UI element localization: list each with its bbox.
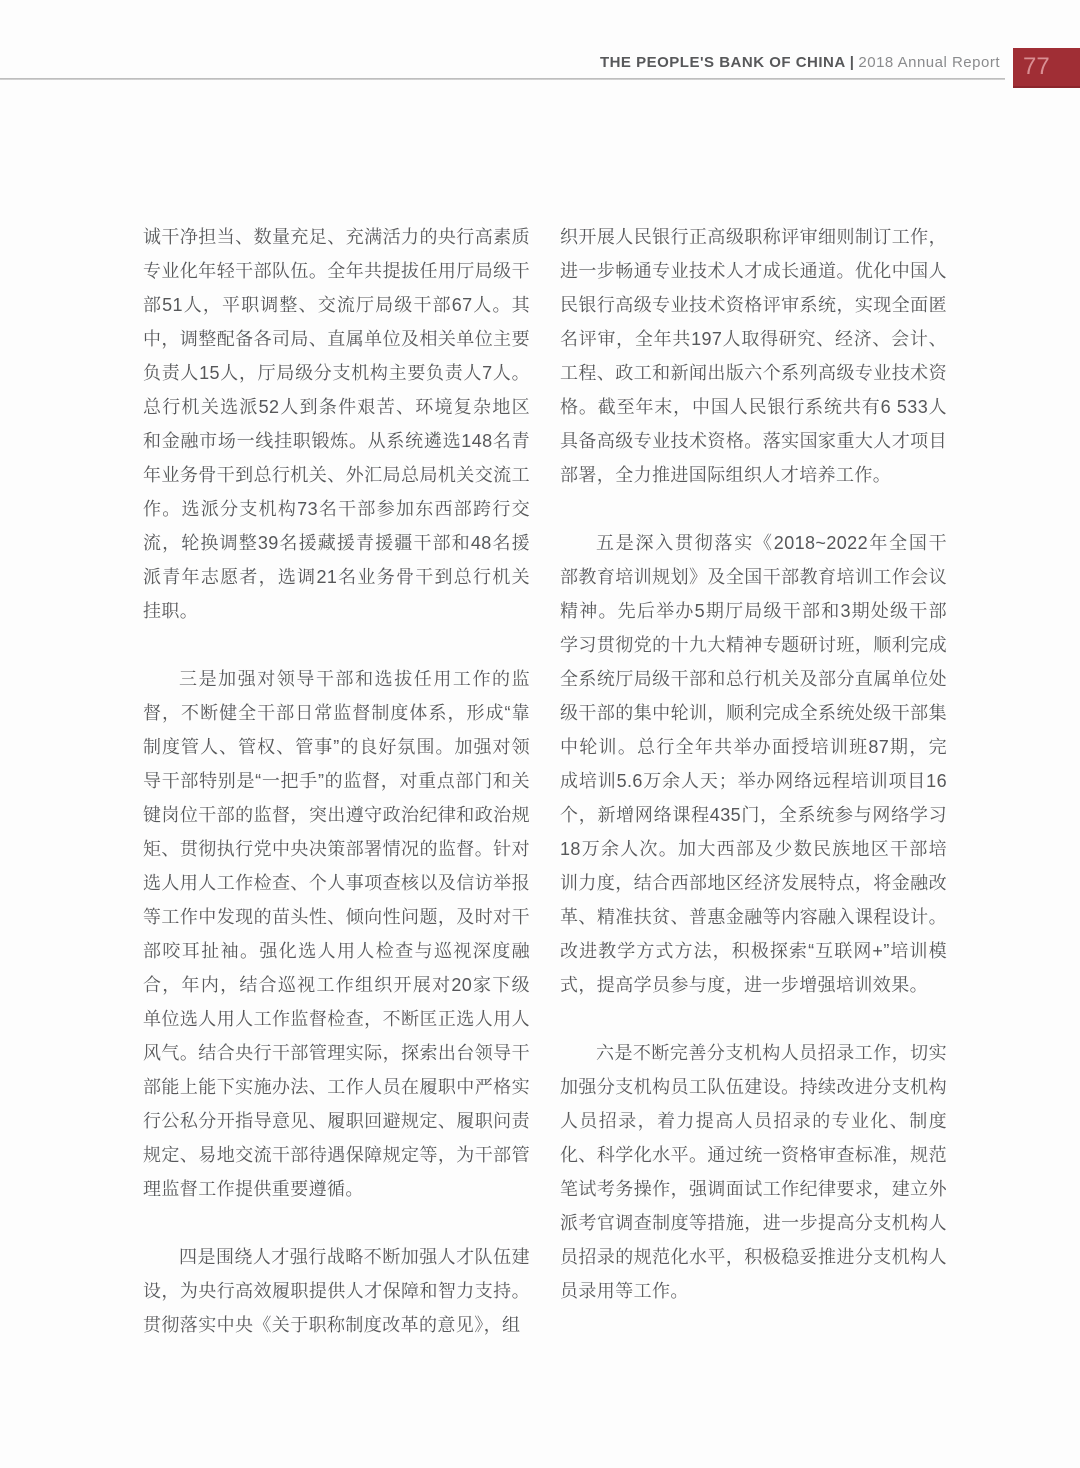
header-report-subtitle: 2018 Annual Report <box>858 54 1000 71</box>
header-divider: | <box>846 54 859 71</box>
document-page: THE PEOPLE'S BANK OF CHINA|2018 Annual R… <box>0 0 1080 1468</box>
paragraph: 五是深入贯彻落实《2018~2022年全国干部教育培训规划》及全国干部教育培训工… <box>560 526 947 1002</box>
paragraph: 诚干净担当、数量充足、充满活力的央行高素质专业化年轻干部队伍。全年共提拔任用厅局… <box>143 220 530 628</box>
page-header: THE PEOPLE'S BANK OF CHINA|2018 Annual R… <box>600 54 1000 71</box>
left-column: 诚干净担当、数量充足、充满活力的央行高素质专业化年轻干部队伍。全年共提拔任用厅局… <box>143 220 530 1342</box>
paragraph: 四是围绕人才强行战略不断加强人才队伍建设，为央行高效履职提供人才保障和智力支持。… <box>143 1240 530 1342</box>
body-columns: 诚干净担当、数量充足、充满活力的央行高素质专业化年轻干部队伍。全年共提拔任用厅局… <box>143 220 947 1342</box>
header-rule <box>0 78 1005 80</box>
page-number-badge: 77 <box>1013 48 1080 88</box>
paragraph: 织开展人民银行正高级职称评审细则制订工作，进一步畅通专业技术人才成长通道。优化中… <box>560 220 947 492</box>
paragraph: 六是不断完善分支机构人员招录工作，切实加强分支机构员工队伍建设。持续改进分支机构… <box>560 1036 947 1308</box>
header-brand-title: THE PEOPLE'S BANK OF CHINA <box>600 54 846 71</box>
paragraph: 三是加强对领导干部和选拔任用工作的监督，不断健全干部日常监督制度体系，形成“靠制… <box>143 662 530 1206</box>
right-column: 织开展人民银行正高级职称评审细则制订工作，进一步畅通专业技术人才成长通道。优化中… <box>560 220 947 1342</box>
